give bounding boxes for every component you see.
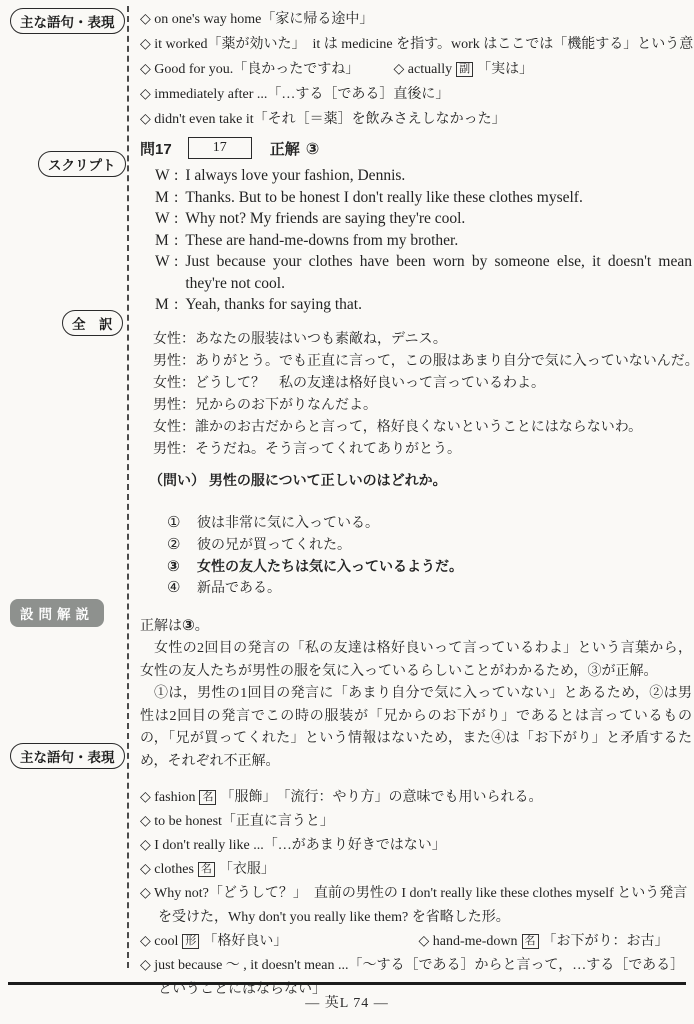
section-label-text: 主な語句・表現 (20, 15, 115, 30)
vocab-item-pair: ◇ cool形「格好良い」 ◇ hand-me-down名「お下がり：お古」 (140, 930, 692, 954)
speaker: 男性 (153, 351, 181, 373)
speaker-colon: ： (181, 373, 195, 395)
utterance: Thanks. But to be honest I don't really … (185, 187, 692, 209)
section-label-text: 全 訳 (72, 317, 113, 332)
translation-line: 女性：どうして？ 私の友達は格好良いって言っているわよ。 (153, 373, 692, 395)
option-row-3-correct: ③女性の友人たちは気に入っているようだ。 (167, 556, 692, 577)
exam-answer-page: 主な語句・表現 スクリプト 全 訳 設問解説 主な語句・表現 ◇ on one'… (0, 0, 694, 1024)
translation-line: 男性：そうだね。そう言ってくれてありがとう。 (153, 439, 692, 461)
explanation-paragraph: ①は，男性の1回目の発言に「あまり自分で気に入っていない」とあるため，②は男性は… (140, 683, 692, 773)
utterance: Yeah, thanks for saying that. (185, 294, 692, 316)
pos-tag-noun: 名 (198, 862, 215, 877)
pos-tag-noun: 名 (522, 934, 539, 949)
option-row-1: ①彼は非常に気に入っている。 (167, 512, 692, 534)
utterance: I always love your fashion, Dennis. (185, 165, 692, 187)
vocab-item-pair: ◇ Good for you.「良かったですね」 ◇ actually副「実は」 (140, 57, 692, 82)
section-script: W:I always love your fashion, Dennis. M:… (140, 165, 692, 316)
margin-divider-dashed-line (127, 6, 129, 968)
option-text: 彼の兄が買ってくれた。 (197, 535, 351, 556)
vocab-term: ◇ hand-me-down (419, 934, 518, 949)
speaker: 女性 (153, 417, 181, 439)
speaker: 女性 (153, 373, 181, 395)
pos-tag-adjective: 形 (182, 934, 199, 949)
answer-number: ③ (182, 616, 195, 634)
translation-line: 女性：誰かのお古だからと言って，格好良くないということにはならないわ。 (153, 417, 692, 439)
options-list: ①彼は非常に気に入っている。 ②彼の兄が買ってくれた。 ③女性の友人たちは気に入… (140, 512, 692, 599)
section-label-text: スクリプト (48, 158, 116, 173)
option-text: 新品である。 (197, 578, 281, 599)
utterance: Why not? My friends are saying they're c… (185, 208, 692, 230)
vocab-term: ◇ fashion (140, 790, 195, 805)
explanation-answer-line: 正解は③。 (140, 614, 692, 639)
speaker: M (155, 187, 171, 209)
pos-tag-adverb: 副 (456, 62, 473, 77)
vocab-gloss: 「実は」 (477, 62, 533, 77)
page-number: — 英L 74 — (0, 992, 694, 1012)
vocab-item: ◇ on one's way home「家に帰る途中」 (140, 7, 692, 32)
correct-answer-number: ③ (306, 139, 320, 158)
utterance: そうだね。そう言ってくれてありがとう。 (195, 439, 461, 461)
question-header: 問17 17 正解 ③ (140, 136, 692, 160)
speaker-colon: : (174, 251, 178, 294)
script-line: M:Thanks. But to be honest I don't reall… (155, 187, 692, 209)
script-line: W:Just because your clothes have been wo… (155, 251, 692, 294)
vocab-item: ◇ clothes名「衣服」 (140, 858, 692, 882)
option-number: ② (167, 534, 187, 555)
vocab-item: ◇ Good for you.「良かったですね」 (140, 57, 390, 82)
utterance: These are hand-me-downs from my brother. (185, 230, 692, 252)
footer-rule (8, 982, 686, 985)
vocab-term: ◇ actually (394, 62, 453, 77)
utterance: 兄からのお下がりなんだよ。 (195, 395, 377, 417)
speaker: M (155, 294, 171, 316)
utterance: あなたの服装はいつも素敵ね，デニス。 (195, 329, 447, 351)
vocab-item: ◇ I don't really like ...「…があまり好きではない」 (140, 834, 692, 858)
vocab-item: ◇ Why not?「どうして？」 直前の男性の I don't really … (140, 882, 692, 930)
speaker: 男性 (153, 439, 181, 461)
section-label-vocab-bottom: 主な語句・表現 (10, 743, 125, 769)
utterance: Just because your clothes have been worn… (185, 251, 692, 294)
section-label-explanation: 設問解説 (10, 599, 104, 627)
speaker: M (155, 230, 171, 252)
speaker-colon: : (174, 187, 178, 209)
speaker: 男性 (153, 395, 181, 417)
vocab-item: ◇ hand-me-down名「お下がり：お古」 (419, 934, 669, 949)
script-line: M:These are hand-me-downs from my brothe… (155, 230, 692, 252)
vocab-item: ◇ it worked「薬が効いた」 it は medicine を指す。wor… (140, 32, 692, 57)
option-number: ④ (167, 577, 187, 598)
section-vocab-top: ◇ on one's way home「家に帰る途中」 ◇ it worked「… (140, 0, 692, 132)
answer-suffix: 。 (195, 619, 209, 634)
script-line: M:Yeah, thanks for saying that. (155, 294, 692, 316)
vocab-gloss: 「服飾」 「流行：やり方」の意味でも用いられる。 (220, 790, 542, 805)
correct-answer-label: 正解 (270, 138, 300, 159)
question-prompt: （問い） 男性の服について正しいのはどれか。 (140, 469, 692, 491)
option-number: ① (167, 512, 187, 533)
utterance: どうして？ 私の友達は格好良いって言っているわよ。 (195, 373, 545, 395)
speaker-colon: : (174, 294, 178, 316)
utterance: ありがとう。でも正直に言って，この服はあまり自分で気に入っていないんだ。 (195, 351, 694, 373)
vocab-item: ◇ to be honest「正直に言うと」 (140, 810, 692, 834)
section-label-script: スクリプト (38, 151, 126, 177)
option-row-2: ②彼の兄が買ってくれた。 (167, 534, 692, 556)
speaker-colon: ： (181, 439, 195, 461)
script-line: W:Why not? My friends are saying they're… (155, 208, 692, 230)
vocab-item: ◇ immediately after ...「…する［である］直後に」 (140, 82, 692, 107)
speaker: W (155, 208, 171, 230)
section-label-vocab-top: 主な語句・表現 (10, 8, 125, 34)
vocab-item: ◇ actually副「実は」 (394, 62, 534, 77)
vocab-gloss: 「お下がり：お古」 (543, 934, 669, 949)
explanation-paragraph: 女性の2回目の発言の「私の友達は格好良いって言っているわよ」という言葉から，女性… (140, 638, 692, 683)
question-number: 問17 (140, 138, 172, 159)
speaker-colon: ： (181, 351, 195, 373)
vocab-item: ◇ fashion名「服飾」 「流行：やり方」の意味でも用いられる。 (140, 786, 692, 810)
vocab-item: ◇ cool形「格好良い」 (140, 930, 415, 954)
speaker-colon: : (174, 230, 178, 252)
speaker-colon: : (174, 208, 178, 230)
vocab-term: ◇ cool (140, 934, 178, 949)
answer-prefix: 正解は (140, 619, 182, 634)
section-explanation: 正解は③。 女性の2回目の発言の「私の友達は格好良いって言っているわよ」という言… (140, 614, 692, 774)
speaker: W (155, 165, 171, 187)
option-text: 彼は非常に気に入っている。 (197, 513, 379, 534)
section-vocab-bottom: ◇ fashion名「服飾」 「流行：やり方」の意味でも用いられる。 ◇ to … (140, 786, 692, 1002)
translation-line: 男性：兄からのお下がりなんだよ。 (153, 395, 692, 417)
page-content: ◇ on one's way home「家に帰る途中」 ◇ it worked「… (140, 0, 692, 1002)
script-line: W:I always love your fashion, Dennis. (155, 165, 692, 187)
section-label-text: 設問解説 (20, 607, 94, 622)
option-text: 女性の友人たちは気に入っているようだ。 (197, 556, 463, 577)
pos-tag-noun: 名 (199, 790, 216, 805)
speaker: W (155, 251, 171, 294)
translation-line: 男性：ありがとう。でも正直に言って，この服はあまり自分で気に入っていないんだ。 (153, 351, 692, 373)
section-label-translation: 全 訳 (62, 310, 123, 336)
speaker-colon: : (174, 165, 178, 187)
speaker-colon: ： (181, 417, 195, 439)
vocab-item: ◇ didn't even take it「それ［＝薬］を飲みさえしなかった」 (140, 107, 692, 132)
vocab-term: ◇ clothes (140, 862, 194, 877)
vocab-gloss: 「衣服」 (219, 862, 275, 877)
speaker-colon: ： (181, 395, 195, 417)
utterance: 誰かのお古だからと言って，格好良くないということにはならないわ。 (195, 417, 642, 439)
option-number: ③ (167, 556, 187, 577)
vocab-gloss: 「格好良い」 (203, 934, 287, 949)
speaker: 女性 (153, 329, 181, 351)
section-label-text: 主な語句・表現 (20, 750, 115, 765)
speaker-colon: ： (181, 329, 195, 351)
translation-line: 女性：あなたの服装はいつも素敵ね，デニス。 (153, 329, 692, 351)
answer-sheet-number-box: 17 (188, 137, 252, 159)
section-translation: 女性：あなたの服装はいつも素敵ね，デニス。 男性：ありがとう。でも正直に言って，… (140, 329, 692, 461)
option-row-4: ④新品である。 (167, 577, 692, 599)
